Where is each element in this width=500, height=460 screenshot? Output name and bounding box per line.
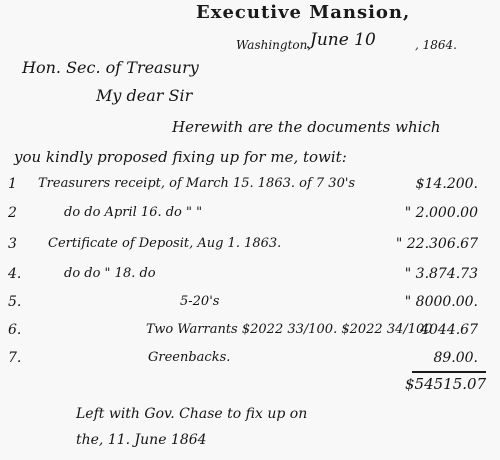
item-row: 4. do do " 18. do " 3.874.73 (0, 266, 500, 296)
greeting: My dear Sir (96, 86, 192, 105)
item-amount: " 2.000.00 (405, 205, 478, 221)
addressee: Hon. Sec. of Treasury (22, 58, 199, 77)
item-description: Treasurers receipt, of March 15. 1863. o… (38, 176, 355, 191)
note-line-2: the, 11. June 1864 (76, 432, 207, 448)
item-description: Greenbacks. (148, 350, 230, 365)
item-description: 5-20's (180, 294, 219, 309)
item-description: do do " 18. do (64, 266, 156, 281)
item-row: 6. Two Warrants $2022 33/100. $2022 34/1… (0, 322, 500, 352)
total-rule (412, 371, 486, 373)
item-amount: " 22.306.67 (396, 236, 478, 252)
letter-date: June 10 (310, 30, 376, 50)
item-amount: 89.00. (433, 350, 478, 366)
item-number: 7. (8, 350, 21, 366)
item-amount: $14.200. (416, 176, 478, 192)
item-number: 1 (8, 176, 17, 192)
item-row: 2 do do April 16. do " " " 2.000.00 (0, 205, 500, 235)
item-amount: " 8000.00. (405, 294, 478, 310)
item-amount: " 3.874.73 (405, 266, 478, 282)
item-row: 1 Treasurers receipt, of March 15. 1863.… (0, 176, 500, 206)
note-line-1: Left with Gov. Chase to fix up on (76, 406, 307, 422)
item-number: 3 (8, 236, 17, 252)
item-row: 3 Certificate of Deposit, Aug 1. 1863. "… (0, 236, 500, 266)
letterhead-title: Executive Mansion, (196, 2, 410, 23)
letterhead-place: Washington, (236, 38, 311, 52)
item-amount: 4044.67 (420, 322, 478, 338)
letter-year: , 1864. (415, 38, 457, 52)
item-number: 4. (8, 266, 21, 282)
item-description: Two Warrants $2022 33/100. $2022 34/100 (146, 322, 433, 337)
body-line-1: Herewith are the documents which (172, 118, 441, 136)
item-description: Certificate of Deposit, Aug 1. 1863. (48, 236, 281, 251)
item-row: 5. 5-20's " 8000.00. (0, 294, 500, 324)
item-number: 5. (8, 294, 21, 310)
item-number: 2 (8, 205, 17, 221)
item-number: 6. (8, 322, 21, 338)
item-description: do do April 16. do " " (64, 205, 202, 220)
total-amount: $54515.07 (405, 375, 486, 393)
letter-page: Executive Mansion, Washington, June 10 ,… (0, 0, 500, 460)
body-line-2: you kindly proposed fixing up for me, to… (14, 148, 347, 166)
